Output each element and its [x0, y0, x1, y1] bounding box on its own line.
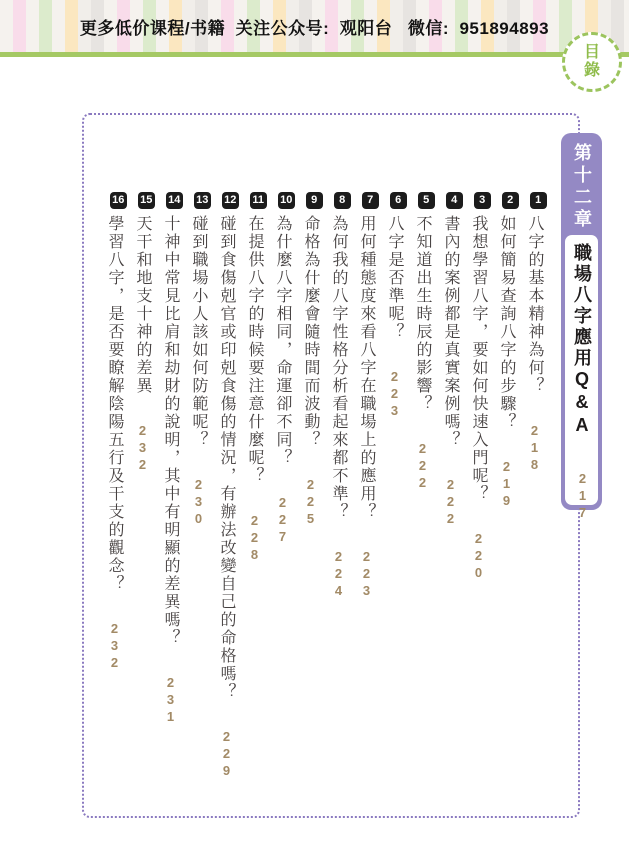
promo-banner: 更多低价课程/书籍 关注公众号: 观阳台 微信: 951894893 — [0, 0, 629, 52]
item-number-badge: 12 — [222, 192, 239, 209]
item-number-badge: 13 — [194, 192, 211, 209]
chapter-title-column: 職場八字應用Q&A 217 — [565, 235, 599, 505]
item-number-badge: 16 — [110, 192, 127, 209]
item-question-text: 天干和地支十神的差異 — [134, 215, 151, 395]
item-question-text: 學習八字，是否要瞭解陰陽五行及干支的觀念？ — [106, 215, 123, 593]
item-question-text: 如何簡易查詢八字的步驟？ — [498, 215, 515, 431]
toc-item: 7用何種態度來看八字在職場上的應用？223 — [352, 192, 380, 817]
toc-item: 6八字是否準呢？223 — [380, 192, 408, 817]
item-page-number: 222 — [408, 441, 436, 492]
divider-line — [0, 52, 629, 57]
item-page-number: 223 — [380, 369, 408, 420]
toc-item-list: 1八字的基本精神為何？218 2如何簡易查詢八字的步驟？219 3我想學習八字，… — [100, 192, 548, 817]
item-page-number: 224 — [324, 549, 352, 600]
item-page-number: 231 — [156, 675, 184, 726]
toc-item: 5不知道出生時辰的影響？222 — [408, 192, 436, 817]
item-question-text: 書內的案例都是真實案例嗎？ — [442, 215, 459, 449]
item-number-badge: 9 — [306, 192, 323, 209]
item-question-text: 用何種態度來看八字在職場上的應用？ — [358, 215, 375, 521]
toc-item: 9命格為什麼會隨時間而波動？225 — [296, 192, 324, 817]
item-page-number: 228 — [240, 513, 268, 564]
chapter-start-page: 217 — [566, 471, 599, 522]
item-question-text: 八字的基本精神為何？ — [526, 215, 543, 395]
item-page-number: 220 — [464, 531, 492, 582]
item-page-number: 232 — [100, 621, 128, 672]
item-page-number: 232 — [128, 423, 156, 474]
item-question-text: 在提供八字的時候要注意什麼呢？ — [246, 215, 263, 485]
chapter-title-panel: 職場八字應用Q&A 217 — [565, 235, 598, 505]
item-page-number: 218 — [520, 423, 548, 474]
item-page-number: 223 — [352, 549, 380, 600]
chapter-number-label: 第十二章 — [561, 133, 602, 235]
toc-item: 11在提供八字的時候要注意什麼呢？228 — [240, 192, 268, 817]
item-question-text: 我想學習八字，要如何快速入門呢？ — [470, 215, 487, 503]
item-question-text: 命格為什麼會隨時間而波動？ — [302, 215, 319, 449]
toc-item: 14十神中常見比肩和劫財的說明，其中有明顯的差異嗎？231 — [156, 192, 184, 817]
toc-item: 3我想學習八字，要如何快速入門呢？220 — [464, 192, 492, 817]
item-question-text: 碰到職場小人該如何防範呢？ — [190, 215, 207, 449]
toc-item: 10為什麼八字相同，命運卻不同？227 — [268, 192, 296, 817]
item-number-badge: 6 — [390, 192, 407, 209]
item-question-text: 為什麼八字相同，命運卻不同？ — [274, 215, 291, 467]
item-number-badge: 1 — [530, 192, 547, 209]
item-page-number: 225 — [296, 477, 324, 528]
item-page-number: 227 — [268, 495, 296, 546]
item-page-number: 219 — [492, 459, 520, 510]
promo-banner-text: 更多低价课程/书籍 关注公众号: 观阳台 微信: 951894893 — [80, 14, 549, 39]
item-number-badge: 5 — [418, 192, 435, 209]
toc-item: 13碰到職場小人該如何防範呢？230 — [184, 192, 212, 817]
item-number-badge: 10 — [278, 192, 295, 209]
item-question-text: 碰到食傷剋官或印剋食傷的情況，有辦法改變自己的命格嗎？ — [218, 215, 235, 701]
toc-item: 8為何我的八字性格分析看起來都不準？224 — [324, 192, 352, 817]
toc-item: 1八字的基本精神為何？218 — [520, 192, 548, 817]
item-question-text: 八字是否準呢？ — [386, 215, 403, 341]
item-number-badge: 7 — [362, 192, 379, 209]
item-page-number: 229 — [212, 729, 240, 780]
chapter-tab: 第十二章 職場八字應用Q&A 217 — [561, 133, 602, 510]
toc-item: 2如何簡易查詢八字的步驟？219 — [492, 192, 520, 817]
chapter-title: 職場八字應用Q&A — [572, 243, 592, 438]
item-number-badge: 4 — [446, 192, 463, 209]
toc-item: 4書內的案例都是真實案例嗎？222 — [436, 192, 464, 817]
toc-item: 15天干和地支十神的差異232 — [128, 192, 156, 817]
item-page-number: 222 — [436, 477, 464, 528]
toc-item: 12碰到食傷剋官或印剋食傷的情況，有辦法改變自己的命格嗎？229 — [212, 192, 240, 817]
toc-content-box: 1八字的基本精神為何？218 2如何簡易查詢八字的步驟？219 3我想學習八字，… — [82, 113, 580, 818]
book-page: 更多低价课程/书籍 关注公众号: 观阳台 微信: 951894893 目 錄 1… — [0, 0, 629, 847]
item-number-badge: 14 — [166, 192, 183, 209]
item-number-badge: 2 — [502, 192, 519, 209]
item-question-text: 十神中常見比肩和劫財的說明，其中有明顯的差異嗎？ — [162, 215, 179, 647]
item-page-number: 230 — [184, 477, 212, 528]
toc-badge-char-2: 錄 — [584, 62, 600, 80]
item-number-badge: 11 — [250, 192, 267, 209]
item-question-text: 不知道出生時辰的影響？ — [414, 215, 431, 413]
item-number-badge: 15 — [138, 192, 155, 209]
toc-circle-badge: 目 錄 — [562, 32, 622, 92]
item-number-badge: 3 — [474, 192, 491, 209]
item-question-text: 為何我的八字性格分析看起來都不準？ — [330, 215, 347, 521]
item-number-badge: 8 — [334, 192, 351, 209]
toc-item: 16學習八字，是否要瞭解陰陽五行及干支的觀念？232 — [100, 192, 128, 817]
toc-badge-char-1: 目 — [584, 44, 600, 62]
